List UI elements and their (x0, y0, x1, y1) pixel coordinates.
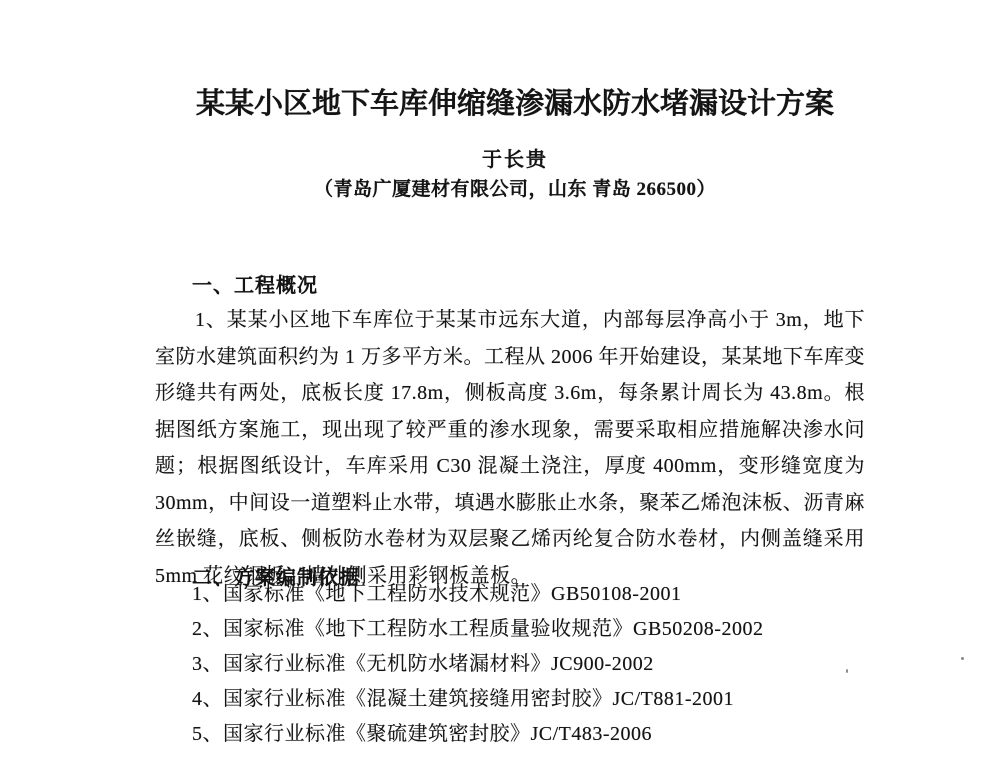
scan-artifact-dot (846, 669, 848, 673)
reference-item: 3、国家行业标准《无机防水堵漏材料》JC900-2002 (192, 647, 763, 682)
document-page: 某某小区地下车库伸缩缝渗漏水防水堵漏设计方案 于长贵 （青岛广厦建材有限公司，山… (0, 0, 1000, 760)
reference-item: 4、国家行业标准《混凝土建筑接缝用密封胶》JC/T881-2001 (192, 682, 763, 717)
project-overview-paragraph: 1、某某小区地下车库位于某某市远东大道，内部每层净高小于 3m，地下室防水建筑面… (155, 302, 865, 594)
author-name: 于长贵 (15, 143, 1000, 172)
scan-artifact-dot (961, 657, 964, 660)
page-title: 某某小区地下车库伸缩缝渗漏水防水堵漏设计方案 (15, 81, 1000, 122)
author-affiliation: （青岛广厦建材有限公司，山东 青岛 266500） (15, 174, 1000, 201)
section-heading-project-overview: 一、工程概况 (192, 269, 318, 298)
reference-item: 5、国家行业标准《聚硫建筑密封胶》JC/T483-2006 (192, 717, 763, 752)
reference-item: 2、国家标准《地下工程防水工程质量验收规范》GB50208-2002 (192, 612, 763, 647)
reference-item: 1、国家标准《地下工程防水技术规范》GB50108-2001 (192, 577, 763, 612)
reference-list: 1、国家标准《地下工程防水技术规范》GB50108-2001 2、国家标准《地下… (192, 577, 763, 752)
